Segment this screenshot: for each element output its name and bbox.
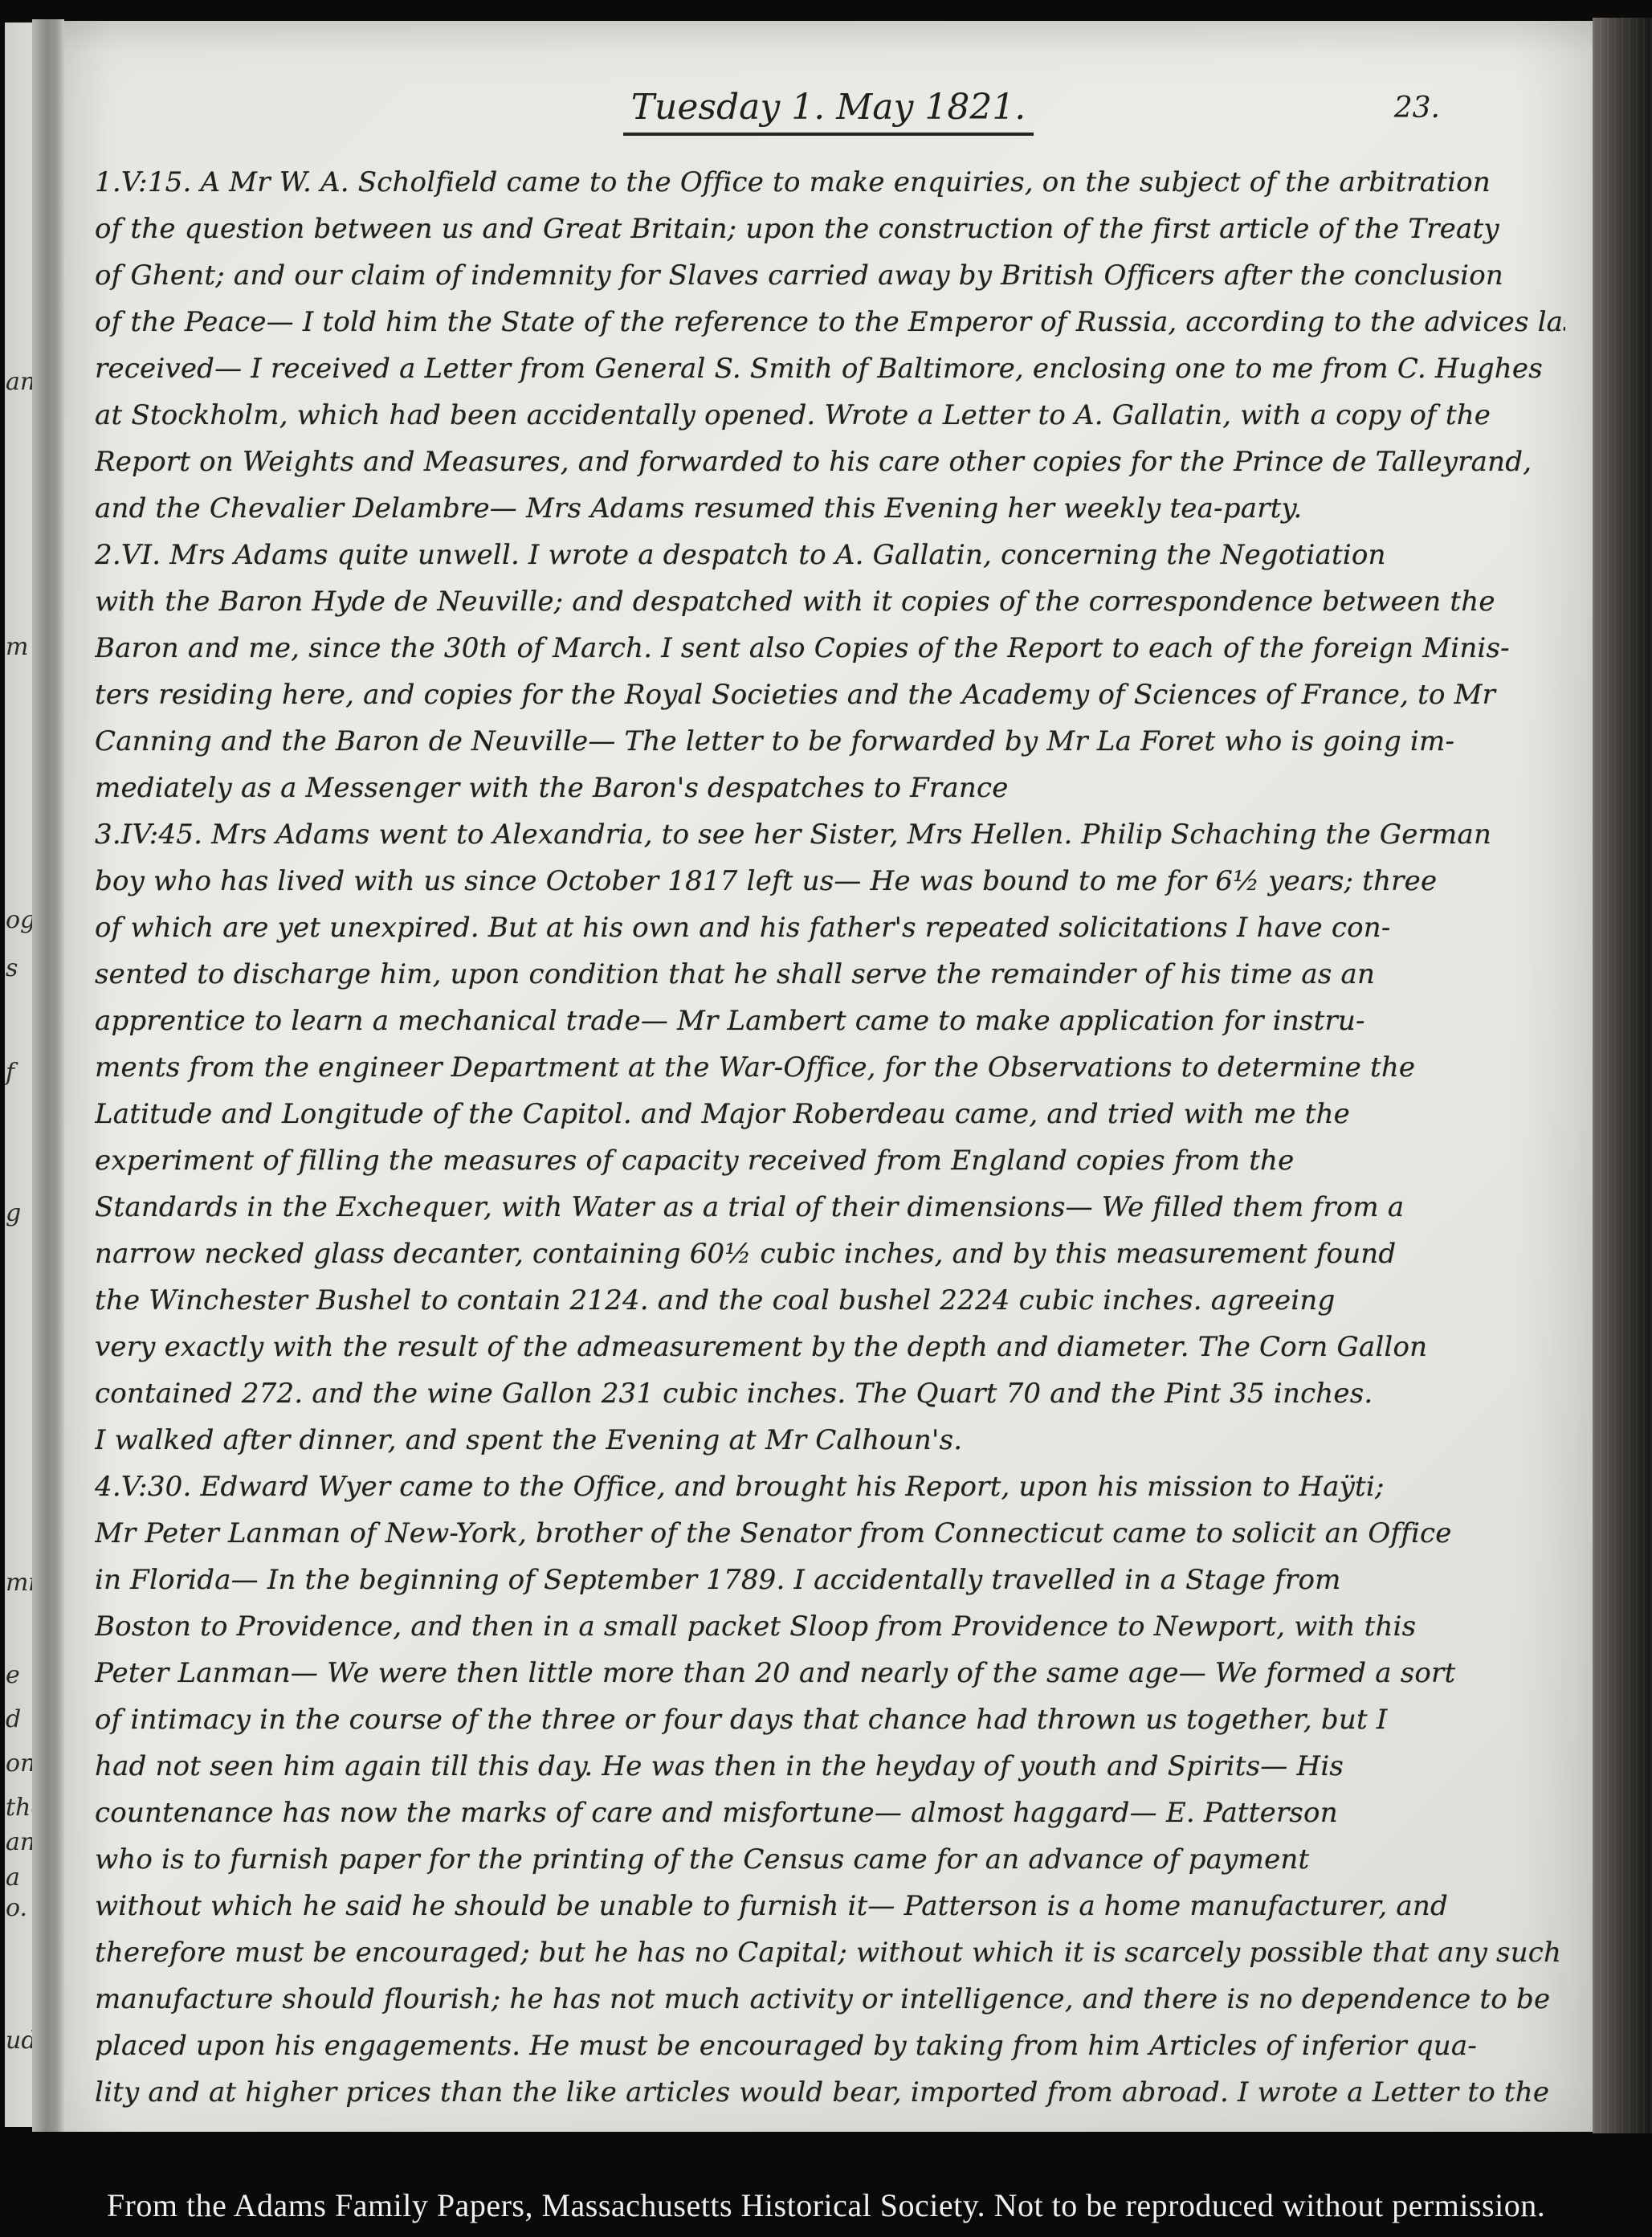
manuscript-line: at Stockholm, which had been accidentall… xyxy=(95,392,1565,439)
manuscript-line: without which he said he should be unabl… xyxy=(95,1883,1565,1929)
facing-page-edge: anmogsfgmiedontheandao.ud xyxy=(5,22,32,2127)
manuscript-line: 2.VI. Mrs Adams quite unwell. I wrote a … xyxy=(95,532,1565,578)
manuscript-line: Standards in the Exchequer, with Water a… xyxy=(95,1184,1565,1231)
manuscript-line: apprentice to learn a mechanical trade— … xyxy=(95,998,1565,1044)
manuscript-line: experiment of filling the measures of ca… xyxy=(95,1137,1565,1184)
manuscript-line: with the Baron Hyde de Neuville; and des… xyxy=(95,578,1565,625)
manuscript-line: boy who has lived with us since October … xyxy=(95,858,1565,904)
scanned-manuscript-page: anmogsfgmiedontheandao.ud Tuesday 1. May… xyxy=(0,0,1652,2237)
book-gutter-shadow xyxy=(32,19,64,2132)
manuscript-line: Peter Lanman— We were then little more t… xyxy=(95,1650,1565,1696)
manuscript-line: received— I received a Letter from Gener… xyxy=(95,345,1565,392)
manuscript-line: in Florida— In the beginning of Septembe… xyxy=(95,1557,1565,1603)
archive-caption: From the Adams Family Papers, Massachuse… xyxy=(0,2182,1652,2230)
entry-date-heading: Tuesday 1. May 1821. xyxy=(64,87,1593,136)
facing-page-text-fragment: d xyxy=(6,1705,21,1733)
facing-page-text-fragment: an xyxy=(6,368,32,396)
facing-page-text-fragment: the xyxy=(6,1794,32,1822)
facing-page-text-fragment: mi xyxy=(6,1569,32,1597)
manuscript-line: ters residing here, and copies for the R… xyxy=(95,672,1565,718)
manuscript-line: therefore must be encouraged; but he has… xyxy=(95,1929,1565,1976)
manuscript-line: who is to furnish paper for the printing… xyxy=(95,1836,1565,1883)
manuscript-line: ments from the engineer Department at th… xyxy=(95,1044,1565,1091)
manuscript-line: very exactly with the result of the adme… xyxy=(95,1324,1565,1370)
manuscript-line: and the Chevalier Delambre— Mrs Adams re… xyxy=(95,485,1565,532)
facing-page-text-fragment: o. xyxy=(6,1894,27,1922)
manuscript-line: placed upon his engagements. He must be … xyxy=(95,2023,1565,2069)
manuscript-line: of which are yet unexpired. But at his o… xyxy=(95,904,1565,951)
manuscript-line: narrow necked glass decanter, containing… xyxy=(95,1231,1565,1277)
facing-page-text-fragment: s xyxy=(6,954,18,982)
facing-page-text-fragment: e xyxy=(6,1661,20,1689)
manuscript-line: of the Peace— I told him the State of th… xyxy=(95,299,1565,345)
manuscript-line: Canning and the Baron de Neuville— The l… xyxy=(95,718,1565,765)
manuscript-line: Baron and me, since the 30th of March. I… xyxy=(95,625,1565,672)
manuscript-body: 1.V:15. A Mr W. A. Scholfield came to th… xyxy=(64,148,1593,2116)
manuscript-line: manufacture should flourish; he has not … xyxy=(95,1976,1565,2023)
manuscript-line: lity and at higher prices than the like … xyxy=(95,2069,1565,2116)
manuscript-line: had not seen him again till this day. He… xyxy=(95,1743,1565,1790)
facing-page-text-fragment: a xyxy=(6,1863,20,1892)
manuscript-line: Mr Peter Lanman of New-York, brother of … xyxy=(95,1510,1565,1557)
manuscript-line: of the question between us and Great Bri… xyxy=(95,206,1565,252)
facing-page-text-fragment: and xyxy=(6,1828,32,1856)
manuscript-page: Tuesday 1. May 1821. 23. 1.V:15. A Mr W.… xyxy=(64,21,1593,2132)
manuscript-line: 1.V:15. A Mr W. A. Scholfield came to th… xyxy=(95,159,1565,206)
entry-date-text: Tuesday 1. May 1821. xyxy=(623,87,1034,136)
page-number: 23. xyxy=(1394,92,1440,125)
facing-page-text-fragment: og xyxy=(6,906,32,934)
manuscript-line: countenance has now the marks of care an… xyxy=(95,1790,1565,1836)
manuscript-line: mediately as a Messenger with the Baron'… xyxy=(95,765,1565,811)
manuscript-line: I walked after dinner, and spent the Eve… xyxy=(95,1417,1565,1463)
manuscript-line: of Ghent; and our claim of indemnity for… xyxy=(95,252,1565,299)
manuscript-line: Report on Weights and Measures, and forw… xyxy=(95,439,1565,485)
manuscript-line: of intimacy in the course of the three o… xyxy=(95,1696,1565,1743)
manuscript-line: 3.IV:45. Mrs Adams went to Alexandria, t… xyxy=(95,811,1565,858)
manuscript-line: Latitude and Longitude of the Capitol. a… xyxy=(95,1091,1565,1137)
manuscript-line: 4.V:30. Edward Wyer came to the Office, … xyxy=(95,1463,1565,1510)
facing-page-text-fragment: g xyxy=(6,1199,21,1227)
book-edge xyxy=(1593,18,1652,2133)
manuscript-line: the Winchester Bushel to contain 2124. a… xyxy=(95,1277,1565,1324)
manuscript-line: contained 272. and the wine Gallon 231 c… xyxy=(95,1370,1565,1417)
page-header: Tuesday 1. May 1821. 23. xyxy=(64,21,1593,148)
facing-page-text-fragment: m xyxy=(6,633,28,661)
manuscript-line: Boston to Providence, and then in a smal… xyxy=(95,1603,1565,1650)
facing-page-text-fragment: f xyxy=(6,1059,14,1087)
facing-page-text-fragment: ud xyxy=(6,2027,32,2055)
facing-page-text-fragment: on xyxy=(6,1749,32,1778)
manuscript-line: sented to discharge him, upon condition … xyxy=(95,951,1565,998)
